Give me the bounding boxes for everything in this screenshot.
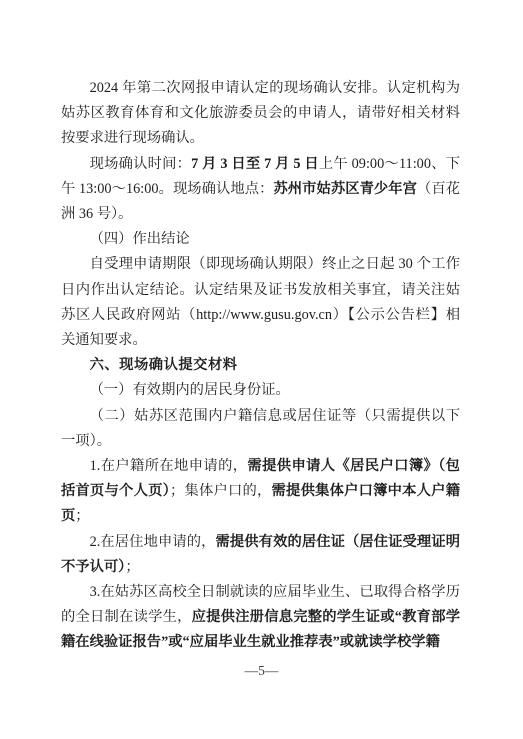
text-run: 现场确认时间： [90, 156, 192, 172]
text-run: （一）有效期内的居民身份证。 [90, 382, 290, 398]
section-heading: 六、现场确认提交材料 [61, 353, 460, 378]
paragraph: 2.在居住地申请的，需提供有效的居住证（居住证受理证明不予认可）； [61, 530, 460, 580]
paragraph: 2024 年第二次网报申请认定的现场确认安排。认定机构为姑苏区教育体育和文化旅游… [61, 76, 460, 152]
document-page: 2024 年第二次网报申请认定的现场确认安排。认定机构为姑苏区教育体育和文化旅游… [0, 0, 523, 739]
text-run: （二）姑苏区范围内户籍信息或居住证等（只需提供以下一项）。 [61, 408, 460, 449]
paragraph: （四）作出结论 [61, 227, 460, 252]
paragraph: 1.在户籍所在地申请的，需提供申请人《居民户口簿》（包括首页与个人页）；集体户口… [61, 454, 460, 530]
paragraph: 现场确认时间：7 月 3 日至 7 月 5 日上午 09:00～11:00、下午… [61, 152, 460, 228]
page-footer: —5— [0, 663, 523, 679]
text-run: ； [75, 508, 89, 524]
text-run: 7 月 3 日至 7 月 5 日 [191, 156, 319, 172]
text-run: 2024 年第二次网报申请认定的现场确认安排。认定机构为姑苏区教育体育和文化旅游… [61, 80, 460, 146]
text-run: 自受理申请期限（即现场确认期限）终止之日起 30 个工作日内作出认定结论。认定结… [61, 256, 460, 348]
text-run: 1.在户籍所在地申请的， [90, 458, 248, 474]
paragraph: （一）有效期内的居民身份证。 [61, 378, 460, 403]
document-content: 2024 年第二次网报申请认定的现场确认安排。认定机构为姑苏区教育体育和文化旅游… [61, 76, 460, 656]
text-run: ；集体户口的， [170, 483, 272, 499]
text-run: 六、现场确认提交材料 [90, 357, 238, 373]
paragraph: （二）姑苏区范围内户籍信息或居住证等（只需提供以下一项）。 [61, 404, 460, 454]
text-run: ； [125, 559, 139, 575]
text-run: （四）作出结论 [90, 231, 190, 247]
text-run: 苏州市姑苏区青少年宫 [273, 181, 417, 197]
text-run: 2.在居住地申请的， [90, 534, 216, 550]
paragraph: 自受理申请期限（即现场确认期限）终止之日起 30 个工作日内作出认定结论。认定结… [61, 252, 460, 353]
paragraph: 3.在姑苏区高校全日制就读的应届毕业生、已取得合格学历的全日制在读学生，应提供注… [61, 580, 460, 656]
page-number: —5— [245, 663, 279, 678]
